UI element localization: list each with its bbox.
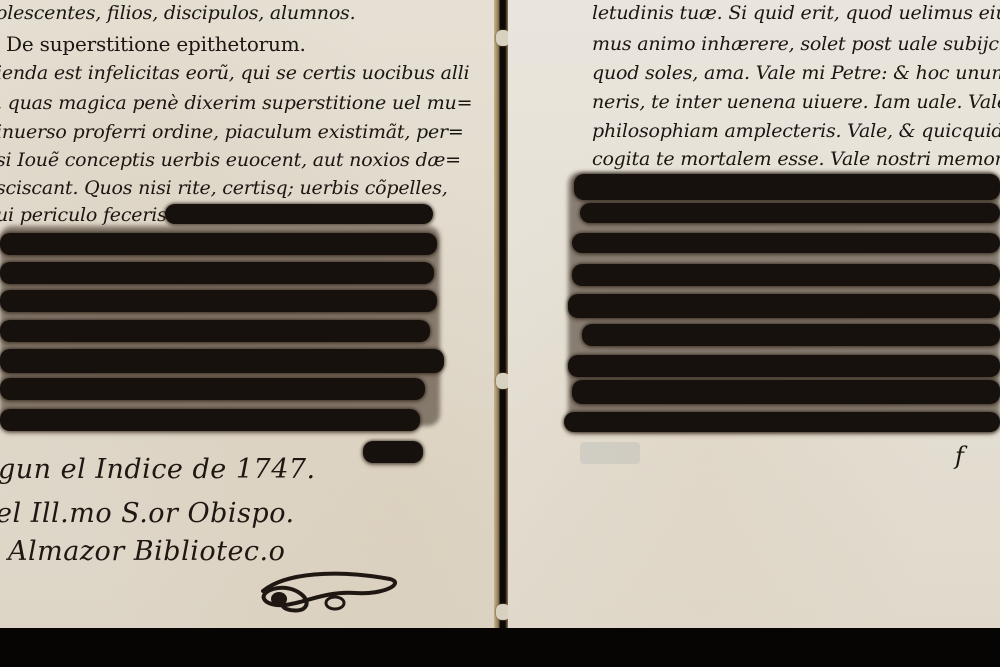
redaction-bar [574,174,1000,200]
redaction-bar [0,290,437,312]
redaction-bar [582,324,1000,346]
text-line: mus animo inhærere, solet post uale subi… [592,35,1000,54]
left-page: olescentes, filios, discipulos, alumnos.… [0,0,497,628]
redaction-bar [0,262,434,284]
right-page: letudinis tuæ. Si quid erit, quod uelimu… [508,0,1000,628]
text-line: si Iouẽ conceptis uerbis euocent, aut no… [0,151,461,170]
text-line: cogita te mortalem esse. Vale nostri mem… [592,150,1000,169]
handwritten-note-line: gun el Indice de 1747. [0,456,316,483]
redaction-bar [0,409,420,431]
redaction-bar [568,355,1000,377]
text-line: , quas magica penè dixerim superstitione… [0,94,472,113]
redaction-bar [0,233,437,255]
redaction-blot [363,441,423,463]
text-line: ui periculo feceris. [0,206,172,225]
text-line: sciscant. Quos nisi rite, certisq; uerbi… [0,179,448,198]
book-spread-photo: olescentes, filios, discipulos, alumnos.… [0,0,1000,667]
text-line: quod soles, ama. Vale mi Petre: & hoc un… [592,64,1000,83]
signature-flourish-icon [255,565,405,617]
redaction-bar [568,294,1000,318]
redaction-bar [572,233,1000,253]
redaction-bar [0,349,444,373]
handwritten-note-line: Almazor Bibliotec.o [8,538,285,565]
text-line: neris, te inter uenena uiuere. Iam uale.… [592,93,1000,112]
redaction-bar [165,204,433,224]
table-shadow [0,628,1000,667]
text-line: philosophiam amplecteris. Vale, & quicqu… [592,122,1000,141]
text-line: olescentes, filios, discipulos, alumnos. [0,4,355,23]
redaction-bar [0,378,425,400]
signature-mark: f [955,442,964,470]
handwritten-note-line: el Ill.mo S.or Obispo. [0,500,295,527]
redaction-bar [572,380,1000,404]
redaction-bar [0,320,430,342]
text-line: inuerso proferri ordine, piaculum existi… [0,123,464,142]
redaction-bar [580,203,1000,223]
section-heading: De superstitione epithetorum. [6,34,306,54]
redaction-bar [564,412,1000,432]
text-line: ienda est infelicitas eorũ, qui se certi… [0,64,469,83]
faded-stamp [580,442,640,464]
redaction-bar [572,264,1000,286]
text-line: letudinis tuæ. Si quid erit, quod uelimu… [592,4,1000,23]
